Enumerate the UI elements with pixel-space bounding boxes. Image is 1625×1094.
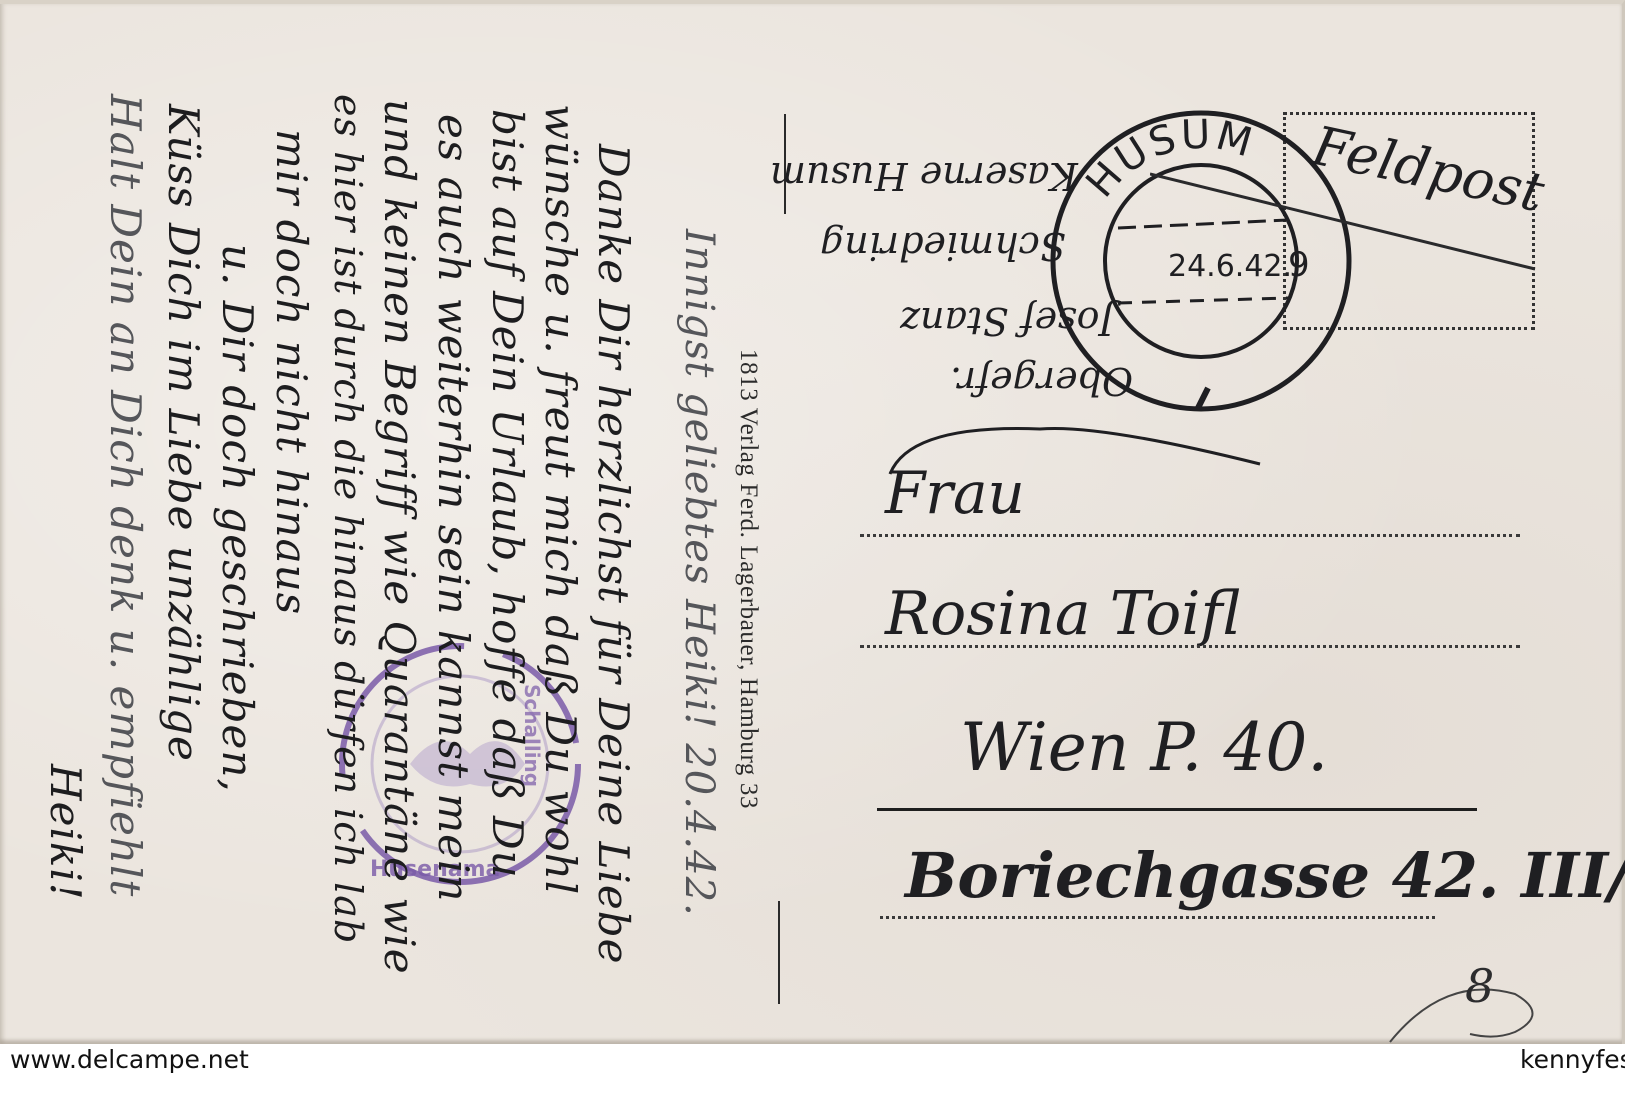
recipient-city: Wien P. 40. xyxy=(960,709,1328,786)
message-line: und keinen Begriff wie Quarantäne wie xyxy=(375,99,424,975)
recipient-name: Rosina Toifl xyxy=(885,579,1240,649)
message-line: es hier ist durch die hinaus dürfen ich … xyxy=(326,94,370,944)
address-line-1 xyxy=(860,534,1520,537)
postcard: 1813 Verlag Ferd. Lagerbauer, Hamburg 33… xyxy=(0,0,1625,1044)
feldpost-underline xyxy=(1150,164,1550,284)
message-line: Halt Dein an Dich denk u. empfiehlt xyxy=(101,94,150,897)
message-line: Küss Dich im Liebe unzählige xyxy=(159,104,208,762)
address-line-4 xyxy=(880,916,1435,919)
address-line-3 xyxy=(877,808,1477,811)
message-line: wünsche u. freut mich daß Du wohl xyxy=(536,104,585,895)
watermark-right: kennyfester xyxy=(1520,1045,1625,1074)
message-line: bist auf Dein Urlaub, hoffe daß Du xyxy=(483,109,532,879)
salutation-flourish xyxy=(880,404,1300,484)
message-line: Danke Dir herzlichst für Deine Liebe xyxy=(589,144,638,964)
message-line-signature: Heiki! xyxy=(41,764,90,901)
recipient-street: Boriechgasse 42. III/16. xyxy=(905,839,1625,912)
message-line: Innigst geliebtes Heiki! 20.4.42. xyxy=(676,229,722,917)
message-line: u. Dir doch geschrieben, xyxy=(213,244,262,793)
address-line-2 xyxy=(860,645,1520,648)
publisher-imprint: 1813 Verlag Ferd. Lagerbauer, Hamburg 33 xyxy=(734,349,762,809)
sender-line: Kaserne Husum xyxy=(770,154,1078,198)
pencil-mark: 8 xyxy=(1465,959,1494,1013)
message-line: es auch weiterhin sein kannst mein xyxy=(429,114,478,902)
message-line: mir doch nicht hinaus xyxy=(267,129,316,615)
divider-bottom xyxy=(778,901,780,1004)
sender-line: Schmiedring xyxy=(820,224,1066,268)
watermark-left: www.delcampe.net xyxy=(10,1045,249,1074)
